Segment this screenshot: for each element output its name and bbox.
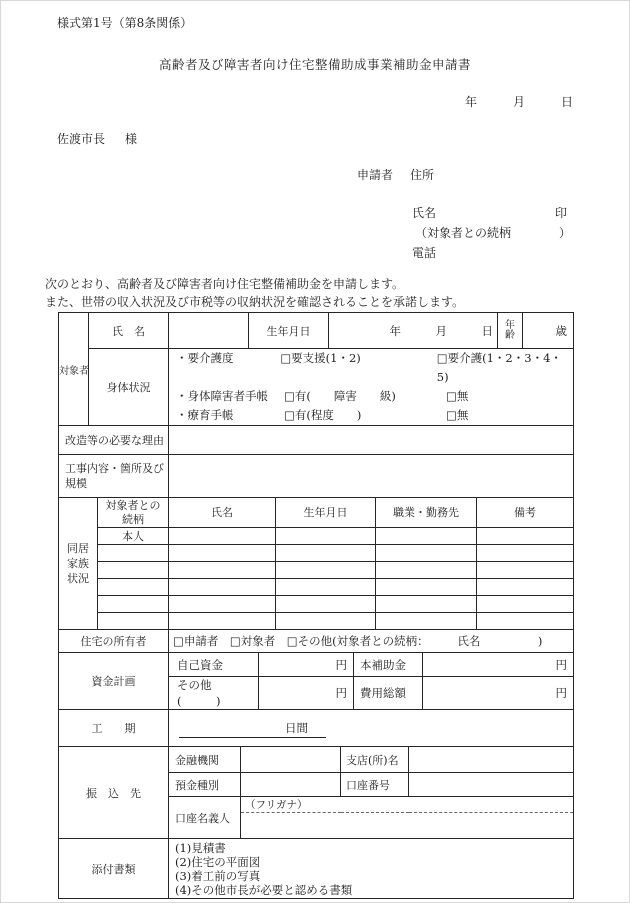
family-row: [59, 562, 574, 579]
account-holder-field: [241, 813, 574, 839]
attachment-item: (3)着工前の写真: [175, 869, 569, 883]
condition-checkbox-option: □無: [446, 406, 468, 425]
addressee-honorific: 様: [125, 132, 137, 146]
condition-item: ・身体障害者手帳: [176, 387, 284, 406]
period-field: 日間: [169, 710, 574, 747]
condition-checkbox-option: □無: [446, 387, 468, 406]
addressee-name: 佐渡市長: [57, 132, 105, 146]
condition-checkbox-option: □有( 障害 級): [284, 387, 446, 406]
applicant-label: 申請者: [357, 166, 393, 183]
period-days-blank: 日間: [179, 718, 326, 738]
subject-age-field: 歳: [523, 313, 574, 349]
funding-subsidy-label: 本補助金: [354, 653, 423, 677]
subject-section: 対象者 氏 名 生年月日 年 月 日 年齢 歳 身体状況 ・要介護度 □要支援(…: [58, 312, 574, 426]
condition-item: ・要介護度: [176, 349, 280, 387]
subject-name-label: 氏 名: [89, 313, 169, 349]
applicant-address-line: 申請者 住所: [357, 166, 573, 183]
attachment-item: (4)その他市長が必要と認める書類: [175, 883, 569, 897]
condition-checkbox-option: □要介護(1・2・3・4・5): [437, 349, 569, 387]
funding-label: 資金計画: [59, 653, 169, 710]
reason-work-section: 改造等の必要な理由 工事内容・箇所及び規模: [58, 425, 574, 498]
account-type-label: 預金種別: [169, 773, 241, 797]
applicant-block: 申請者 住所 氏名 印 （対象者との続柄 ） 電話: [357, 166, 573, 261]
branch-label: 支店(所)名: [341, 747, 409, 773]
attachments-label: 添付書類: [59, 839, 169, 899]
attachments-list: (1)見積書 (2)住宅の平面図 (3)着工前の写真 (4)その他市長が必要と認…: [169, 839, 574, 899]
funding-other-label: その他( ): [169, 677, 259, 710]
bank-label: 金融機関: [169, 747, 241, 773]
name-label: 氏名: [412, 204, 436, 221]
intro-text: 次のとおり、高齢者及び障害者向け住宅整備補助金を申請します。 また、世帯の収入状…: [45, 276, 464, 311]
family-header-relation: 対象者との続柄: [98, 498, 169, 528]
condition-item: ・療育手帳: [176, 406, 284, 425]
subject-age-label: 年齢: [498, 313, 523, 349]
application-table: 対象者 氏 名 生年月日 年 月 日 年齢 歳 身体状況 ・要介護度 □要支援(…: [58, 312, 573, 899]
family-row: [59, 545, 574, 562]
funding-section: 資金計画 自己資金 円 本補助金 円 その他( ) 円 費用総額 円: [58, 652, 574, 710]
subject-label: 対象者: [59, 313, 89, 426]
relation-note: （対象者との続柄 ）: [415, 224, 573, 241]
applicant-name-line: 氏名 印: [412, 204, 567, 221]
transfer-section: 振 込 先 金融機関 支店(所)名 預金種別 口座番号 口座名義人 （フリガナ）: [58, 746, 574, 839]
condition-row: ・療育手帳 □有(程度 ) □無: [176, 406, 569, 425]
family-header-occupation: 職業・勤務先: [376, 498, 477, 528]
intro-line-1: 次のとおり、高齢者及び障害者向け住宅整備補助金を申請します。: [45, 276, 464, 294]
attachments-section: 添付書類 (1)見積書 (2)住宅の平面図 (3)着工前の写真 (4)その他市長…: [58, 838, 574, 899]
phone-label: 電話: [412, 244, 573, 261]
account-holder-label: 口座名義人: [169, 797, 241, 839]
funding-subsidy-field: 円: [423, 653, 574, 677]
branch-field: [409, 747, 574, 773]
condition-row: ・要介護度 □要支援(1・2) □要介護(1・2・3・4・5): [176, 349, 569, 387]
funding-total-label: 費用総額: [354, 677, 423, 710]
family-header-name: 氏名: [169, 498, 276, 528]
subject-name-field: [169, 313, 249, 349]
owner-label: 住宅の所有者: [59, 630, 169, 653]
owner-options: □申請者 □対象者 □その他(対象者との続柄： 氏名 ): [169, 630, 574, 653]
seal-mark: 印: [555, 204, 567, 221]
transfer-label: 振 込 先: [59, 747, 169, 839]
addressee-line: 佐渡市長様: [57, 130, 137, 147]
family-header-birth: 生年月日: [276, 498, 376, 528]
form-number: 様式第1号（第8条関係）: [57, 14, 192, 31]
condition-row: ・身体障害者手帳 □有( 障害 級) □無: [176, 387, 569, 406]
account-number-label: 口座番号: [341, 773, 409, 797]
bank-field: [241, 747, 341, 773]
reason-label: 改造等の必要な理由: [59, 426, 169, 455]
attachment-item: (1)見積書: [175, 841, 569, 855]
period-label: 工 期: [59, 710, 169, 747]
account-type-field: [241, 773, 341, 797]
work-field: [169, 455, 574, 498]
family-row-self: 本人: [59, 528, 574, 545]
family-row: [59, 613, 574, 630]
funding-total-field: 円: [423, 677, 574, 710]
funding-own-label: 自己資金: [169, 653, 259, 677]
furigana-label: （フリガナ）: [241, 797, 574, 813]
funding-other-field: 円: [259, 677, 354, 710]
intro-line-2: また、世帯の収入状況及び市税等の収納状況を確認されることを承諾します。: [45, 294, 464, 312]
condition-checkbox-option: □要支援(1・2): [280, 349, 436, 387]
account-number-field: [409, 773, 574, 797]
work-label: 工事内容・箇所及び規模: [59, 455, 169, 498]
family-label: 同居家族状況: [59, 498, 98, 630]
attachment-item: (2)住宅の平面図: [175, 855, 569, 869]
family-row: [59, 579, 574, 596]
family-section: 同居家族状況 対象者との続柄 氏名 生年月日 職業・勤務先 備考 本人: [58, 497, 574, 630]
family-row: [59, 596, 574, 613]
family-header-notes: 備考: [477, 498, 574, 528]
application-form-page: 様式第1号（第8条関係） 高齢者及び障害者向け住宅整備助成事業補助金申請書 年 …: [0, 0, 630, 903]
family-self-label: 本人: [98, 528, 169, 545]
form-title: 高齢者及び障害者向け住宅整備助成事業補助金申請書: [0, 55, 630, 73]
period-section: 工 期 日間: [58, 709, 574, 747]
subject-birth-label: 生年月日: [249, 313, 329, 349]
condition-label: 身体状況: [89, 349, 169, 426]
subject-birth-field: 年 月 日: [329, 313, 498, 349]
owner-section: 住宅の所有者 □申請者 □対象者 □その他(対象者との続柄： 氏名 ): [58, 629, 574, 653]
condition-field: ・要介護度 □要支援(1・2) □要介護(1・2・3・4・5) ・身体障害者手帳…: [169, 349, 574, 426]
reason-field: [169, 426, 574, 455]
funding-own-field: 円: [259, 653, 354, 677]
address-label: 住所: [410, 166, 434, 183]
condition-checkbox-option: □有(程度 ): [284, 406, 446, 425]
date-line: 年 月 日: [465, 93, 573, 110]
